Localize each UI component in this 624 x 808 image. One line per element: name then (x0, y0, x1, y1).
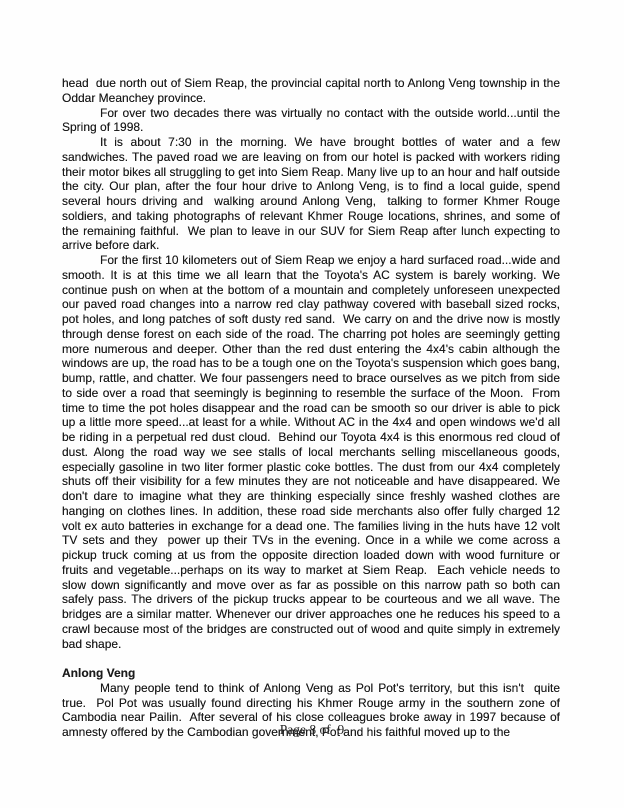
paragraph: It is about 7:30 in the morning. We have… (62, 135, 560, 253)
document-body: head due north out of Siem Reap, the pro… (62, 76, 560, 740)
document-page: head due north out of Siem Reap, the pro… (0, 0, 624, 808)
page-number-footer: Page 8 of 9 (0, 722, 624, 738)
paragraph: For the first 10 kilometers out of Siem … (62, 253, 560, 651)
section-heading-anlong-veng: Anlong Veng (62, 666, 560, 681)
paragraph-continuation: head due north out of Siem Reap, the pro… (62, 76, 560, 106)
paragraph: For over two decades there was virtually… (62, 106, 560, 136)
